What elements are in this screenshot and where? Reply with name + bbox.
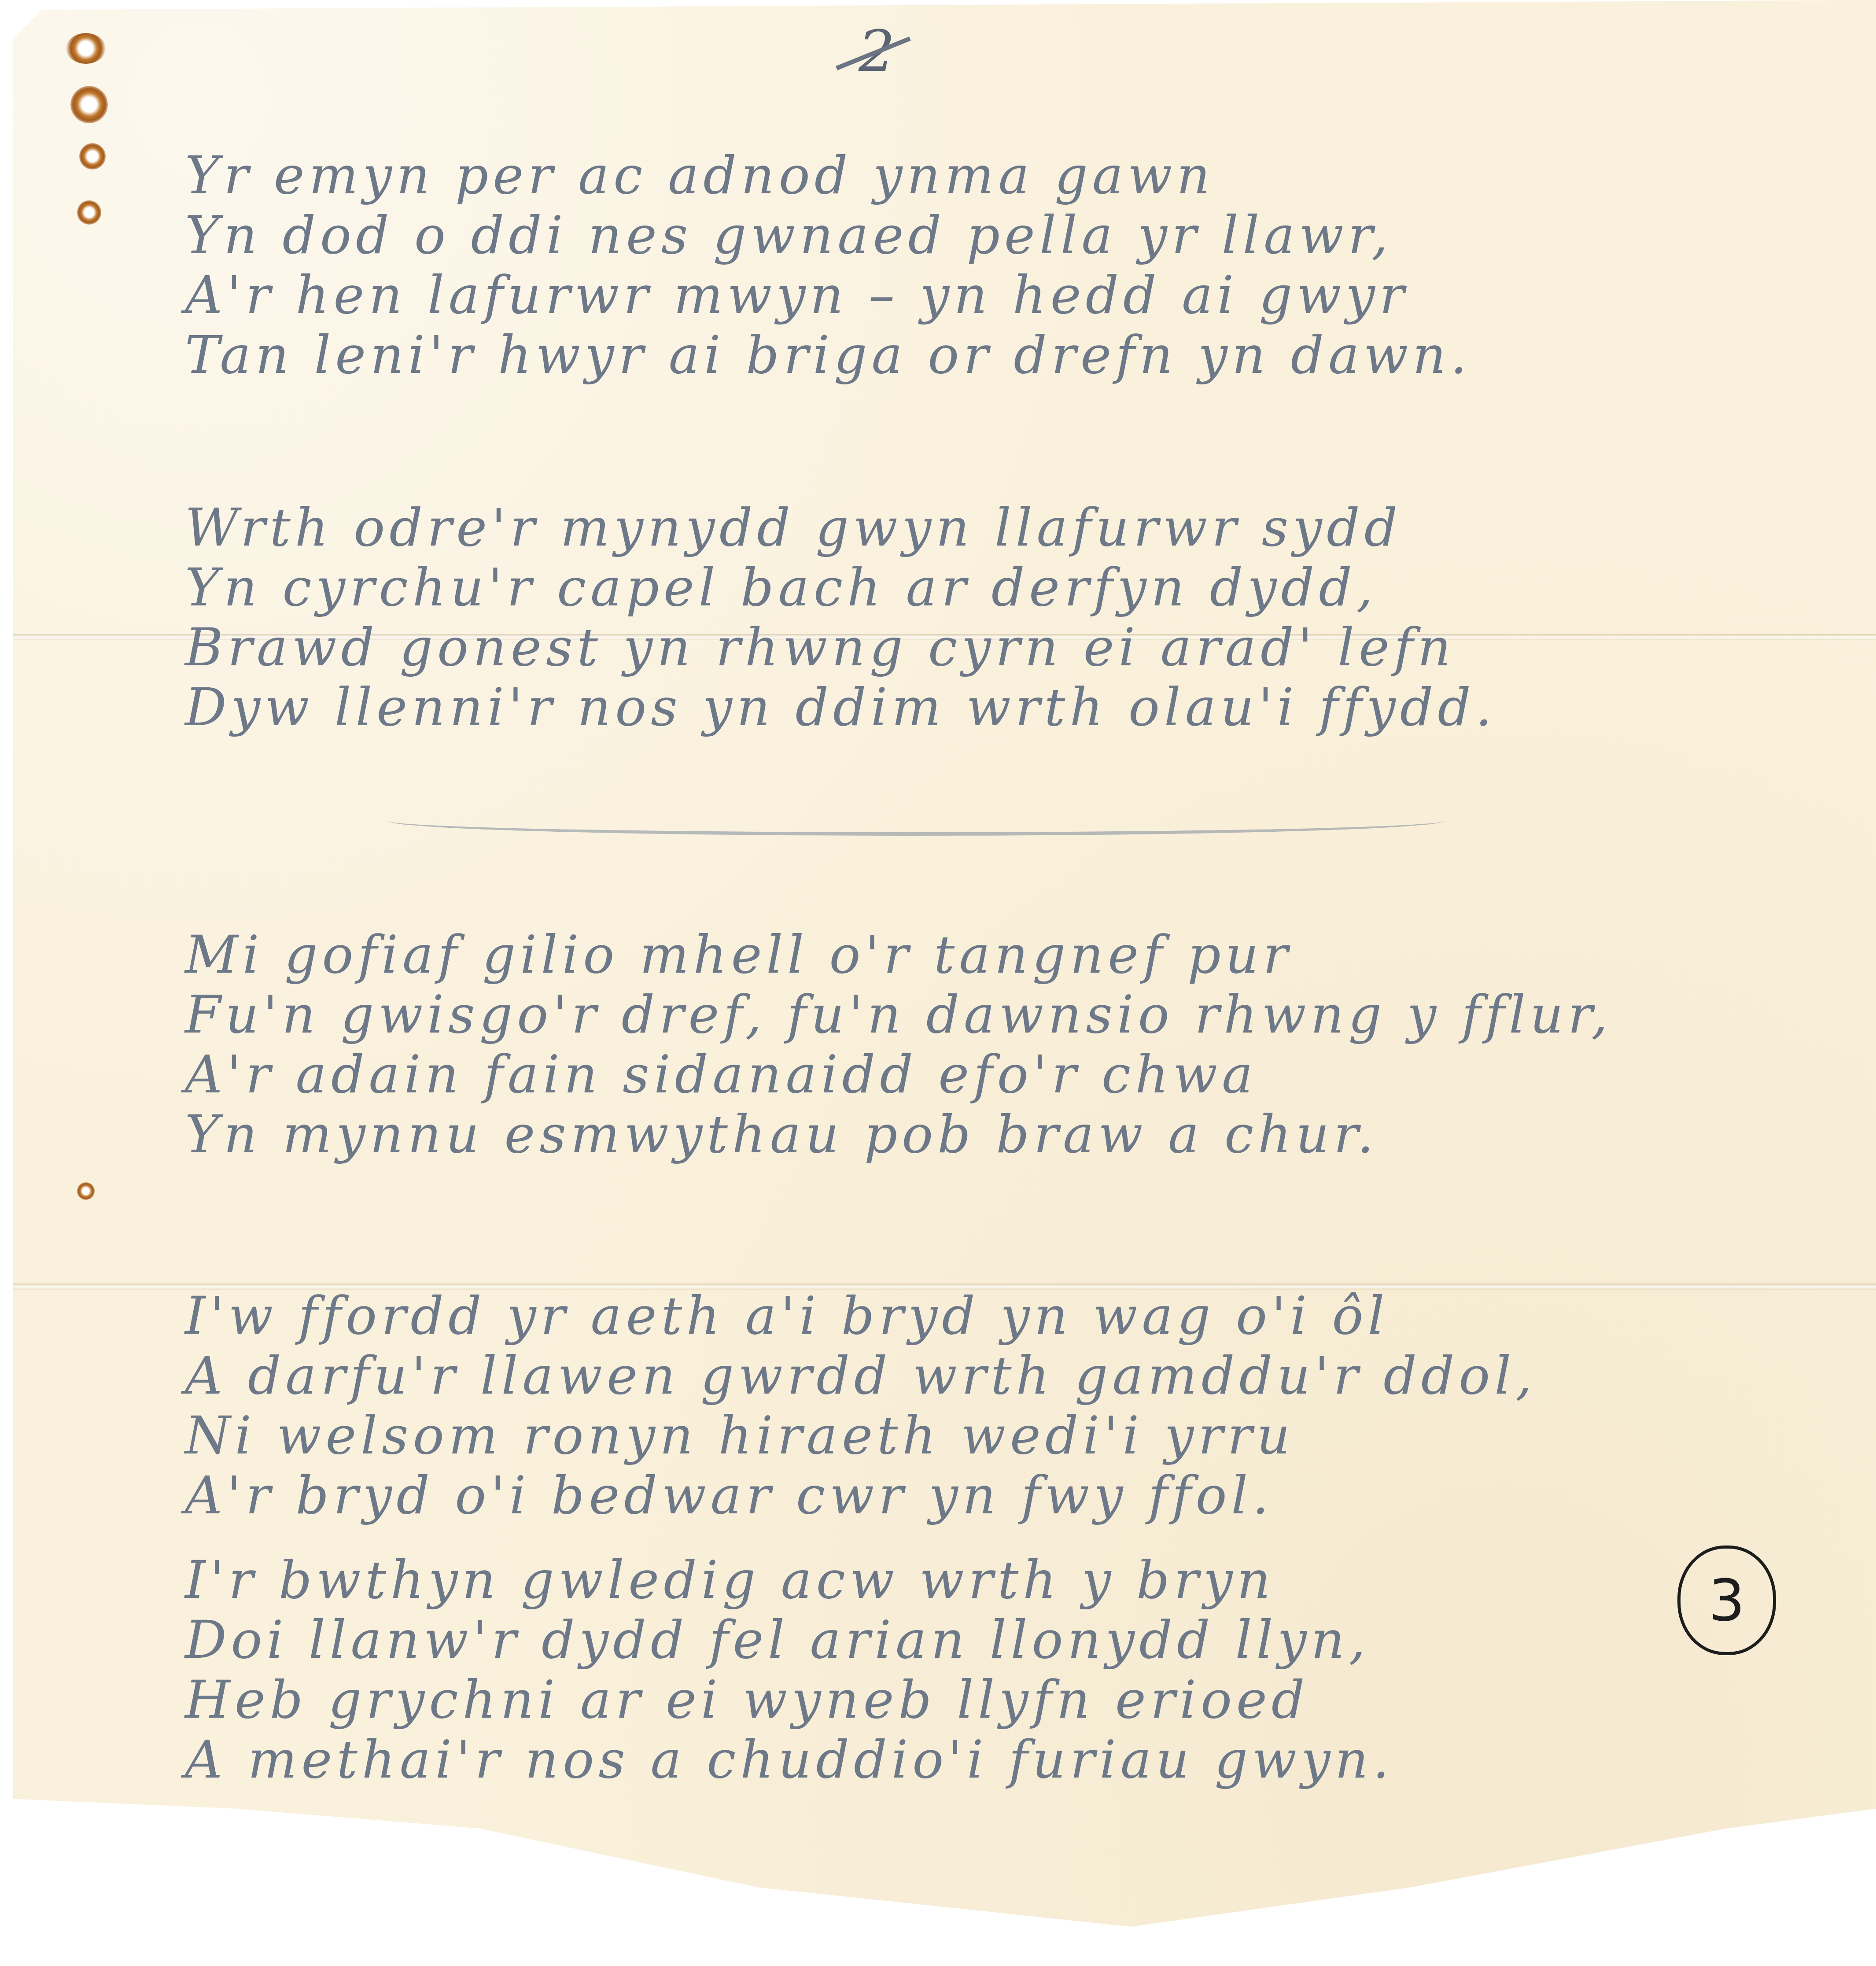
verse-line: Dyw llenni'r nos yn ddim wrth olau'i ffy… [185,677,1836,737]
verse-line: A'r hen lafurwr mwyn – yn hedd ai gwyr [185,265,1836,325]
verse-line: Yn cyrchu'r capel bach ar derfyn dydd, [185,557,1836,617]
verse-line: A darfu'r llawen gwrdd wrth gamddu'r ddo… [185,1346,1836,1405]
circled-number: 3 [1677,1546,1776,1655]
verse-line: Mi gofiaf gilio mhell o'r tangnef pur [185,925,1836,985]
binding-hole [66,33,106,64]
stanza-3: Mi gofiaf gilio mhell o'r tangnef pur Fu… [185,925,1836,1164]
verse-line: A'r bryd o'i bedwar cwr yn fwy ffol. [185,1465,1836,1525]
stanza-1: Yr emyn per ac adnod ynma gawn Yn dod o … [185,145,1836,385]
verse-line: I'r bwthyn gwledig acw wrth y bryn [185,1550,1836,1610]
verse-line: Brawd gonest yn rhwng cyrn ei arad' lefn [185,617,1836,677]
verse-line: I'w ffordd yr aeth a'i bryd yn wag o'i ô… [185,1286,1836,1346]
binding-hole [70,86,108,123]
verse-line: Yn dod o ddi nes gwnaed pella yr llawr, [185,205,1836,265]
stanza-2: Wrth odre'r mynydd gwyn llafurwr sydd Yn… [185,498,1836,737]
verse-line: Tan leni'r hwyr ai briga or drefn yn daw… [185,325,1836,385]
verse-line: Ni welsom ronyn hiraeth wedi'i yrru [185,1405,1836,1465]
wavy-underline [387,806,1444,836]
verse-line: Yn mynnu esmwythau pob braw a chur. [185,1104,1836,1164]
verse-line: Heb grychni ar ei wyneb llyfn erioed [185,1670,1836,1730]
verse-line: Wrth odre'r mynydd gwyn llafurwr sydd [185,498,1836,557]
binding-hole [77,200,101,225]
binding-hole [77,1182,95,1200]
verse-line: Doi llanw'r dydd fel arian llonydd llyn, [185,1610,1836,1670]
verse-line: Yr emyn per ac adnod ynma gawn [185,145,1836,205]
stanza-5: I'r bwthyn gwledig acw wrth y bryn Doi l… [185,1550,1836,1789]
verse-line: A'r adain fain sidanaidd efo'r chwa [185,1044,1836,1104]
verse-line: A methai'r nos a chuddio'i furiau gwyn. [185,1730,1836,1789]
verse-line: Fu'n gwisgo'r dref, fu'n dawnsio rhwng y… [185,985,1836,1044]
stanza-4: I'w ffordd yr aeth a'i bryd yn wag o'i ô… [185,1286,1836,1525]
binding-hole [79,143,106,170]
circled-number-text: 3 [1709,1567,1745,1634]
